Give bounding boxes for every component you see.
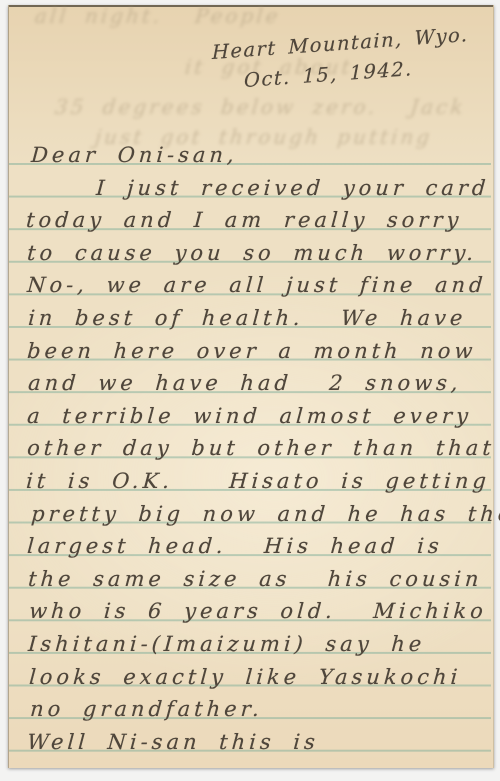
handwriting-line: in best of health. We have: [27, 301, 468, 335]
handwriting-line: I just received your card: [95, 171, 491, 205]
handwriting-line: to cause you so much worry.: [26, 236, 478, 270]
handwriting-line: looks exactly like Yasukochi: [28, 660, 463, 694]
salutation: Dear Oni-san,: [30, 138, 239, 172]
handwriting-line: it is O.K. Hisato is getting: [25, 464, 491, 498]
handwriting-line: and we have had 2 snows,: [27, 366, 463, 400]
handwriting-line: largest head. His head is: [26, 529, 444, 563]
handwriting-line: Ishitani-(Imaizumi) say he: [27, 627, 427, 661]
handwriting-line: Well Ni-san this is: [26, 725, 320, 759]
page-mat: all night. People it got about 35 degree…: [0, 0, 500, 781]
handwriting-line: today and I am really sorry: [25, 203, 464, 237]
handwriting-line: pretty big now and he has the: [30, 497, 500, 531]
handwriting-line: who is 6 years old. Michiko: [28, 594, 488, 628]
handwriting-line: other day but other than that: [26, 431, 496, 465]
handwriting-line: the same size as his cousin: [27, 562, 484, 596]
handwriting-line: no grandfather.: [29, 692, 264, 726]
handwriting-line: No-, we are all just fine and: [26, 268, 488, 302]
handwriting-line: been here over a month now: [26, 334, 478, 368]
handwriting-line: a terrible wind almost every: [26, 399, 473, 433]
bleedthrough-line: all night. People: [33, 1, 282, 31]
